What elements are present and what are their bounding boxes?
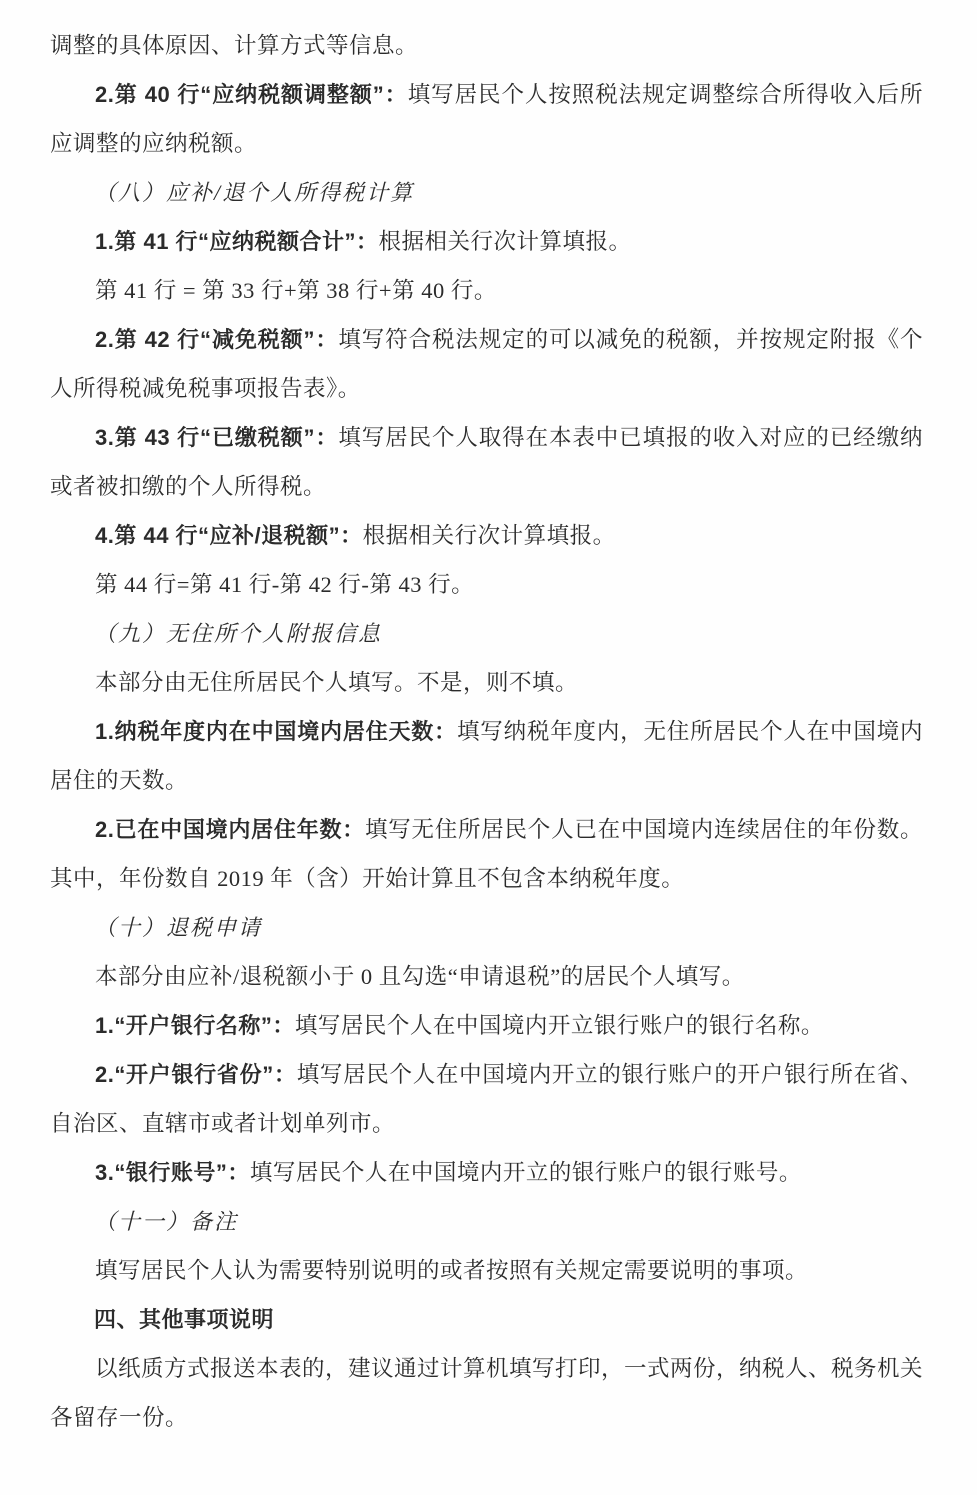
paragraph-body: 填写居民个人在中国境内开立的银行账户的银行账号。 — [250, 1160, 802, 1185]
section-heading-10: （十）退税申请 — [50, 903, 923, 952]
paragraph-intro-10: 本部分由应补/退税额小于 0 且勾选“申请退税”的居民个人填写。 — [50, 952, 923, 1001]
paragraph-lead: 3.第 43 行“已缴税额”： — [95, 425, 338, 450]
paragraph-lead: 4.第 44 行“应补/退税额”： — [95, 523, 363, 548]
paragraph-lead: 1.纳税年度内在中国境内居住天数： — [95, 719, 457, 744]
paragraph-paper-filing: 以纸质方式报送本表的，建议通过计算机填写打印，一式两份，纳税人、税务机关各留存一… — [50, 1344, 923, 1442]
paragraph-bank-name: 1.“开户银行名称”：填写居民个人在中国境内开立银行账户的银行名称。 — [50, 1001, 923, 1050]
paragraph-line-41: 1.第 41 行“应纳税额合计”：根据相关行次计算填报。 — [50, 217, 923, 266]
paragraph-lead: 1.第 41 行“应纳税额合计”： — [95, 229, 379, 254]
paragraph-line-40: 2.第 40 行“应纳税额调整额”：填写居民个人按照税法规定调整综合所得收入后所… — [50, 70, 923, 168]
section-heading-9: （九）无住所个人附报信息 — [50, 609, 923, 658]
paragraph-lead: 3.“银行账号”： — [95, 1160, 250, 1185]
paragraph-bank-account: 3.“银行账号”：填写居民个人在中国境内开立的银行账户的银行账号。 — [50, 1148, 923, 1197]
paragraph-years-in-china: 2.已在中国境内居住年数：填写无住所居民个人已在中国境内连续居住的年份数。其中，… — [50, 805, 923, 903]
paragraph-intro-9: 本部分由无住所居民个人填写。不是，则不填。 — [50, 658, 923, 707]
document-page: 调整的具体原因、计算方式等信息。 2.第 40 行“应纳税额调整额”：填写居民个… — [0, 0, 977, 1495]
paragraph-line-42: 2.第 42 行“减免税额”：填写符合税法规定的可以减免的税额，并按规定附报《个… — [50, 315, 923, 413]
paragraph-lead: 1.“开户银行名称”： — [95, 1013, 295, 1038]
paragraph-remarks: 填写居民个人认为需要特别说明的或者按照有关规定需要说明的事项。 — [50, 1246, 923, 1295]
paragraph-lead: 2.第 40 行“应纳税额调整额”： — [95, 82, 408, 107]
paragraph-formula-41: 第 41 行 = 第 33 行+第 38 行+第 40 行。 — [50, 266, 923, 315]
paragraph-days-in-china: 1.纳税年度内在中国境内居住天数：填写纳税年度内，无住所居民个人在中国境内居住的… — [50, 707, 923, 805]
paragraph-body: 根据相关行次计算填报。 — [379, 229, 632, 254]
paragraph-formula-44: 第 44 行=第 41 行-第 42 行-第 43 行。 — [50, 560, 923, 609]
paragraph-lead: 2.已在中国境内居住年数： — [95, 817, 365, 842]
section-heading-8: （八）应补/退个人所得税计算 — [50, 168, 923, 217]
paragraph-lead: 2.第 42 行“减免税额”： — [95, 327, 338, 352]
paragraph-continuation: 调整的具体原因、计算方式等信息。 — [50, 21, 923, 70]
paragraph-line-44: 4.第 44 行“应补/退税额”：根据相关行次计算填报。 — [50, 511, 923, 560]
paragraph-lead: 2.“开户银行省份”： — [95, 1062, 297, 1087]
section-heading-other-matters: 四、其他事项说明 — [50, 1295, 923, 1344]
paragraph-bank-province: 2.“开户银行省份”：填写居民个人在中国境内开立的银行账户的开户银行所在省、自治… — [50, 1050, 923, 1148]
paragraph-line-43: 3.第 43 行“已缴税额”：填写居民个人取得在本表中已填报的收入对应的已经缴纳… — [50, 413, 923, 511]
paragraph-body: 填写居民个人在中国境内开立银行账户的银行名称。 — [295, 1013, 824, 1038]
paragraph-body: 根据相关行次计算填报。 — [363, 523, 616, 548]
section-heading-11: （十一）备注 — [50, 1197, 923, 1246]
